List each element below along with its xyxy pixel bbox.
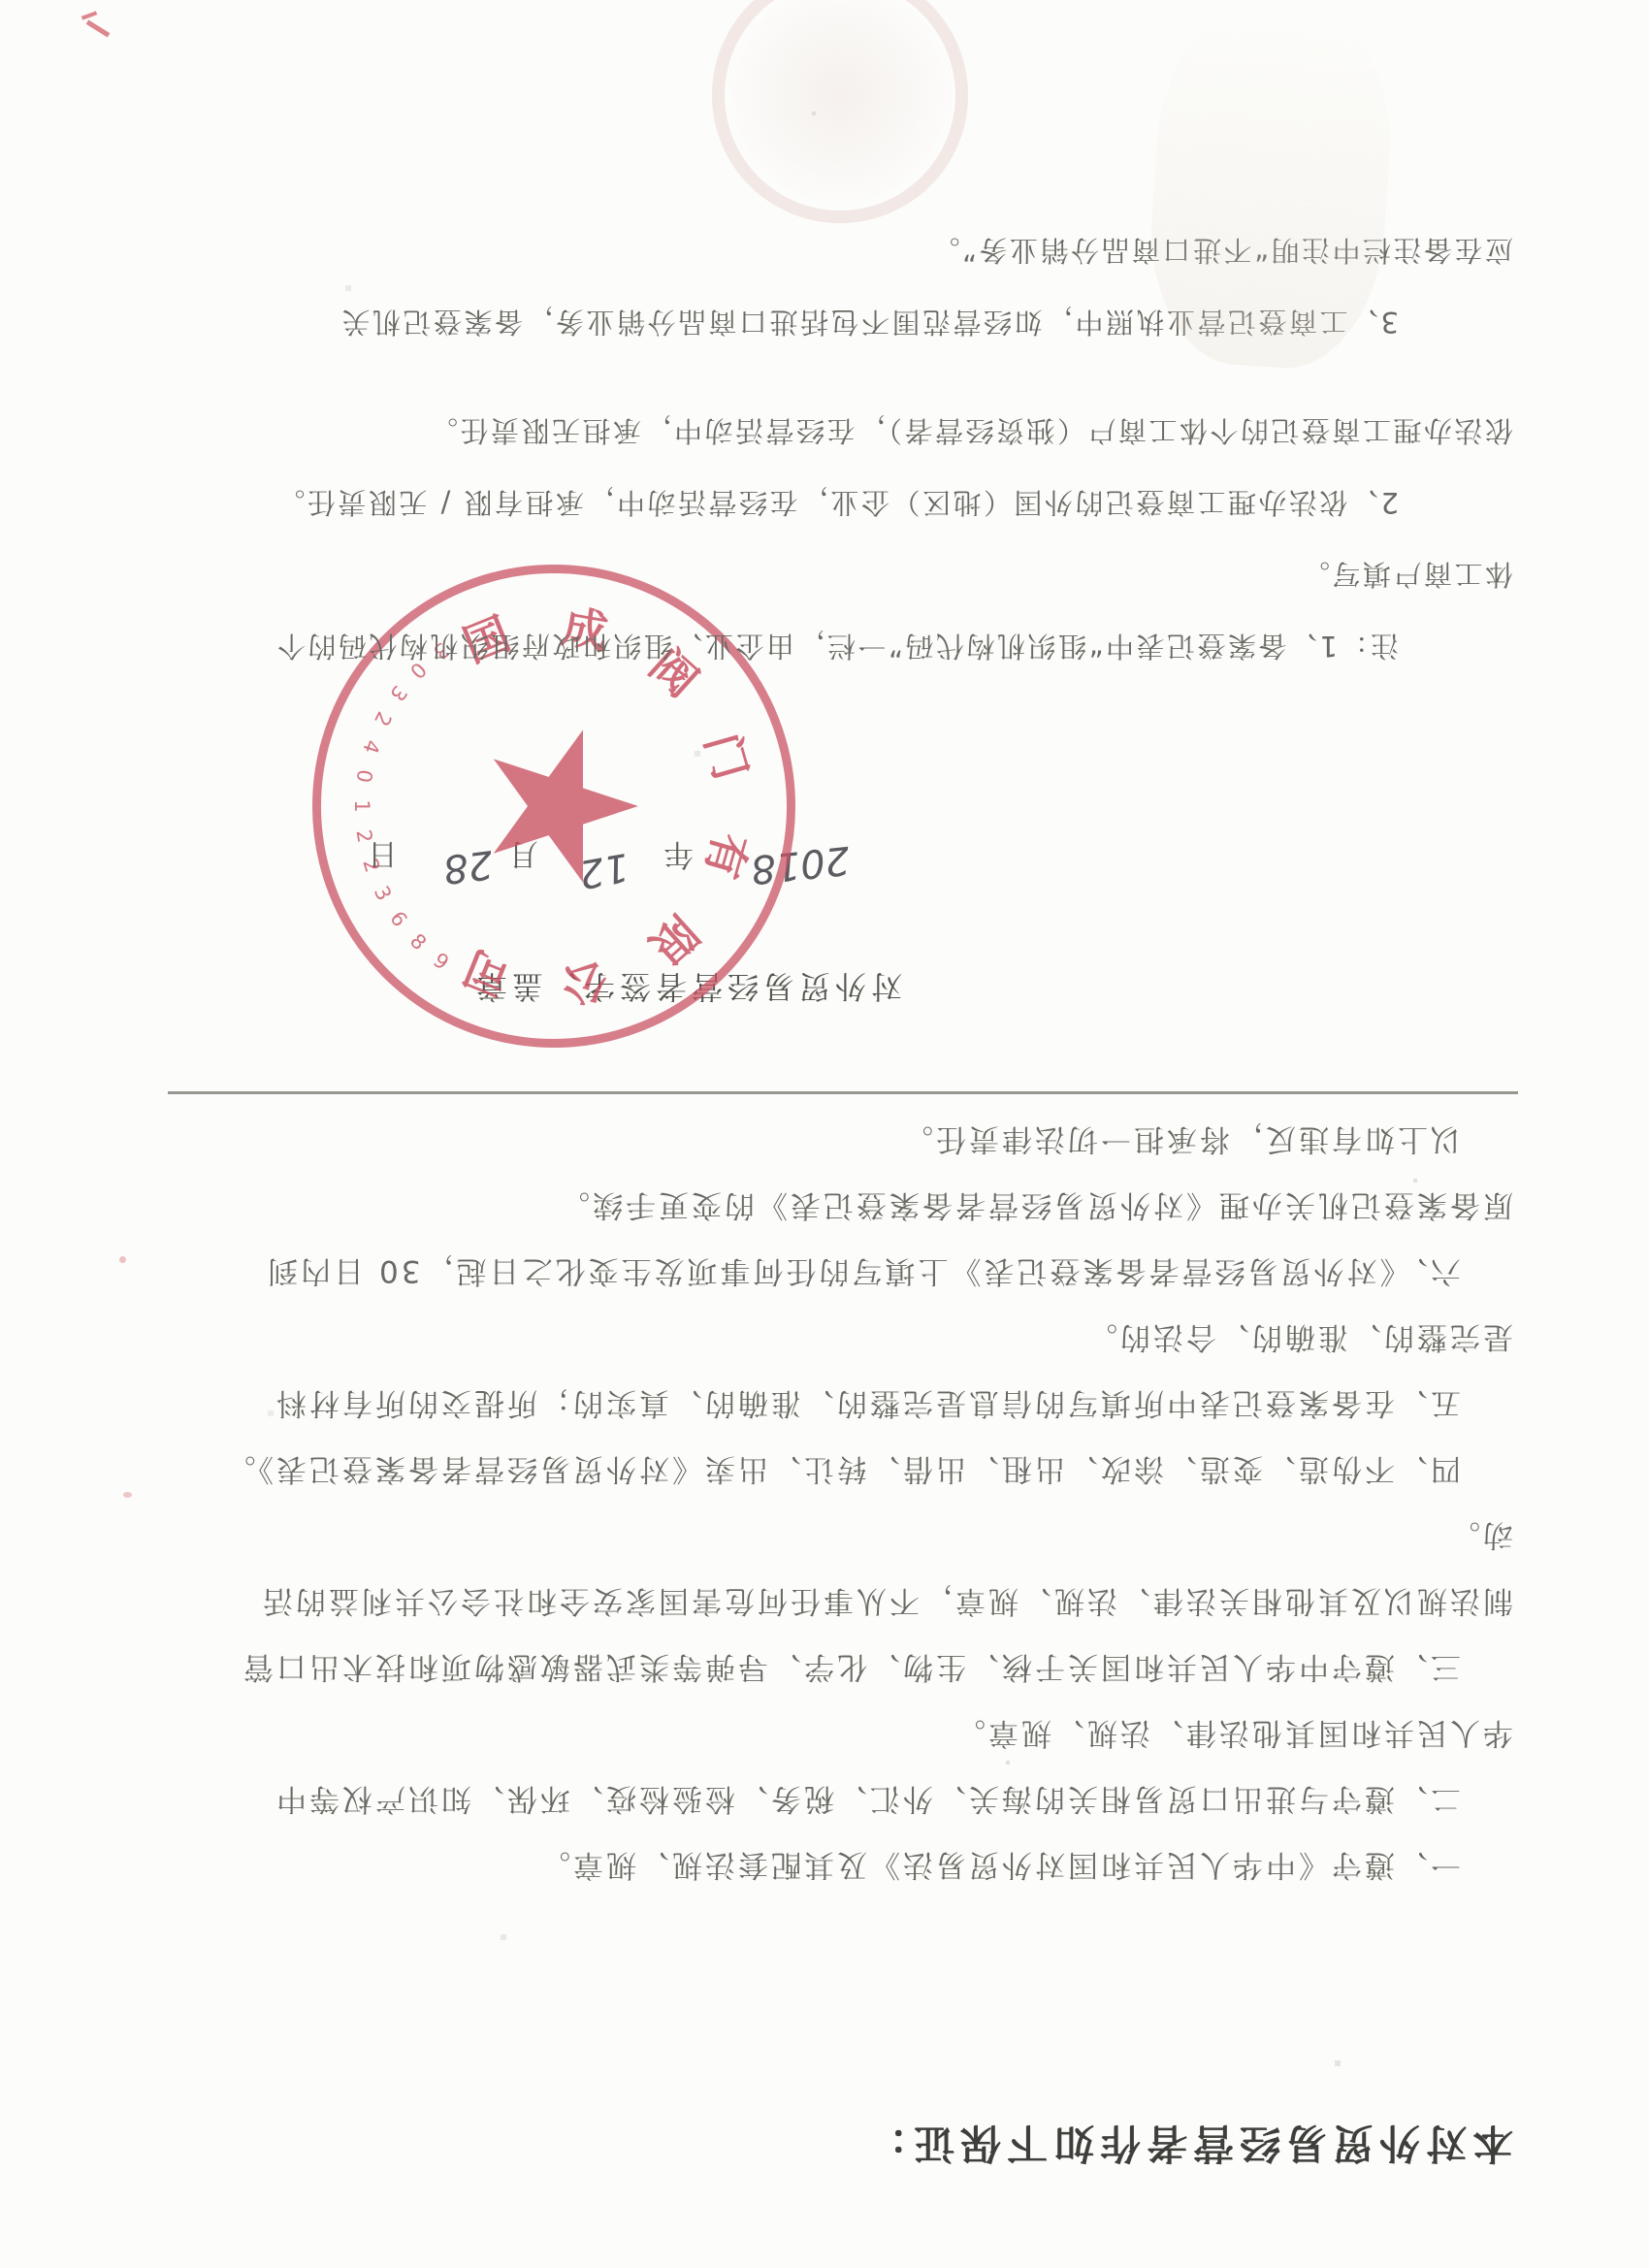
- pledge-closing-line: 以上如有违反，将承担一切法律责任。: [900, 1120, 1461, 1164]
- scanned-page: 本对外贸易经营者作如下保证： 一、遵守《中华人民共和国对外贸易法》及其配套法规、…: [0, 0, 1649, 2268]
- note-line-1: 注：1、备案登记表中“组织机构代码”一栏，由企业、组织和政府组织机构代码的个: [275, 628, 1399, 667]
- pledge-line-3c: 动。: [1447, 1516, 1513, 1560]
- pledge-line-2b: 华人民共和国其他法律、法规、规章。: [953, 1714, 1513, 1758]
- seal-code-digit: 3: [385, 681, 411, 705]
- seal-code-digit: 9: [429, 949, 453, 975]
- note-line-2: 2、依法办理工商登记的外国（地区）企业，在经营活动中，承担有限 / 无限责任。: [275, 484, 1399, 524]
- red-ink-speck: [86, 19, 111, 37]
- seal-company-char: 司: [453, 937, 518, 1013]
- pledge-line-3b: 制法规以及其他相关法律、法规、规章，不从事任何危害国家安全和社会公共利益的活: [260, 1582, 1513, 1626]
- seal-company-char: 有: [693, 826, 766, 887]
- seal-code-digit: 6: [385, 907, 411, 931]
- page-title: 本对外贸易经营者作如下保证：: [861, 2117, 1513, 2175]
- pledge-line-6: 六、《对外贸易经营者备案登记表》上填写的任何事项发生变化之日起，30 日内到: [265, 1252, 1461, 1296]
- section-divider: [168, 1091, 1518, 1094]
- rotated-document: 本对外贸易经营者作如下保证： 一、遵守《中华人民共和国对外贸易法》及其配套法规、…: [0, 0, 1649, 2268]
- pledge-line-5b: 是完整的、准确的、合法的。: [1084, 1318, 1513, 1362]
- seal-code-digit: 8: [405, 929, 431, 955]
- seal-code-digit: 1: [350, 799, 373, 812]
- seal-company-char: 公: [558, 951, 613, 1021]
- seal-company-char: 门: [693, 726, 766, 786]
- seal-code-digit: 2: [358, 856, 384, 875]
- red-ink-speck: [81, 11, 97, 19]
- red-ink-speck: [123, 1492, 132, 1498]
- pledge-line-5: 五、在备案登记表中所填写的信息是完整的、准确的、真实的；所提交的所有材料: [274, 1384, 1461, 1428]
- seal-code-digit: 4: [358, 737, 384, 757]
- seal-company-char: 限: [638, 903, 714, 981]
- note-line-1b: 体工商户填写。: [1299, 556, 1513, 596]
- seal-code-digit: 0: [352, 768, 377, 785]
- pledge-line-1: 一、遵守《中华人民共和国对外贸易法》及其配套法规、规章。: [537, 1846, 1461, 1890]
- pledge-line-6b: 原备案登记机关办理《对外贸易经营者备案登记表》的变更手续。: [557, 1186, 1513, 1230]
- red-ink-speck: [119, 1256, 126, 1263]
- note-line-2b: 依法办理工商登记的个体工商户（独资经营者），在经营活动中，承担无限责任。: [427, 412, 1513, 452]
- seal-code-digit: 3: [370, 882, 396, 904]
- seal-code-digit: 2: [352, 827, 377, 844]
- seal-star-icon: ★: [463, 717, 662, 895]
- pledge-line-3: 三、遵守中华人民共和国关于核、生物、化学、导弹等类武器敏感物项和技术出口管: [241, 1648, 1461, 1692]
- pledge-line-2: 二、遵守与进出口贸易相关的海关、外汇、税务、检验检疫、环保、知识产权等中: [274, 1780, 1461, 1824]
- seal-code-digit: 2: [370, 708, 396, 730]
- ghost-stamp-bleedthrough: [712, 0, 968, 223]
- pledge-line-4: 四、不伪造、变造、涂改、出租、出借、转让、出卖《对外贸易经营者备案登记表》。: [223, 1450, 1462, 1494]
